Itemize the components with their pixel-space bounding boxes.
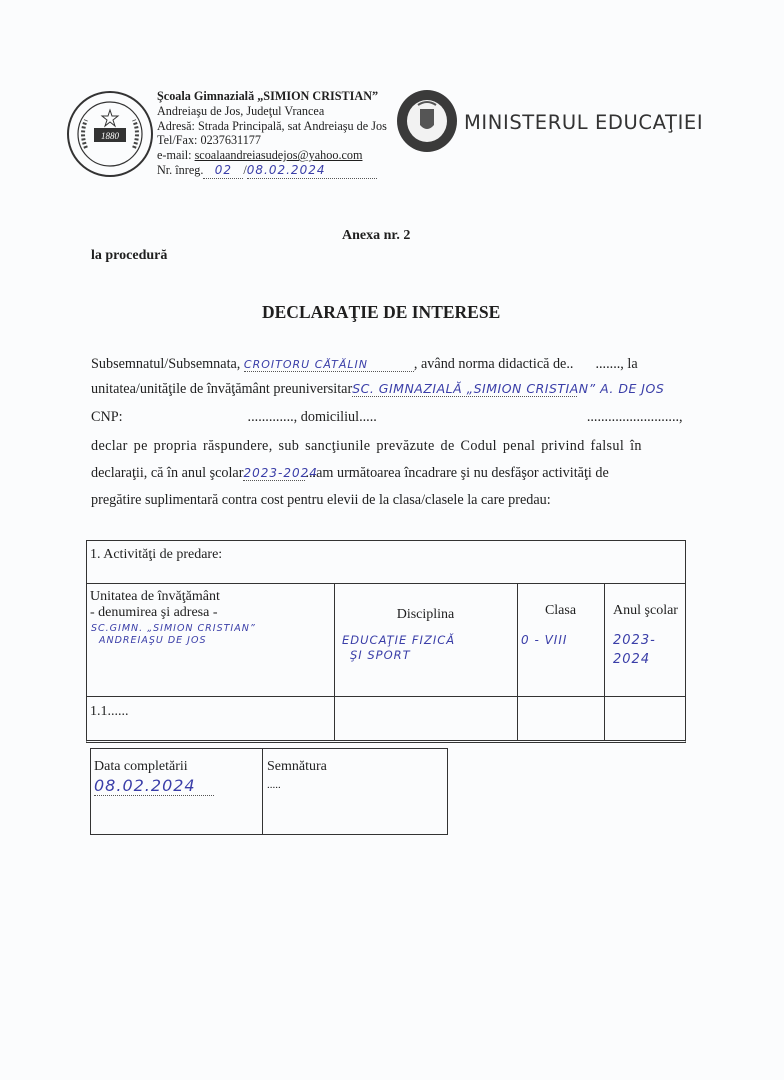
school-seal-logo: 1880 [66, 90, 154, 178]
cnp-label: CNP: [91, 409, 123, 425]
declaration-line-1: declar pe propria răspundere, sub sancţi… [91, 438, 642, 455]
signature-label: Semnătura [267, 759, 327, 775]
declaration-line-2: declaraţii, că în anul şcolar2023-2024..… [91, 465, 609, 482]
document-title: DECLARAŢIE DE INTERESE [262, 302, 500, 323]
teaching-activities-table: 1. Activităţi de predare: Unitatea de în… [86, 540, 686, 743]
ministry-name: MINISTERUL EDUCAŢIEI [464, 111, 703, 134]
registration-number: 02 [203, 163, 243, 179]
registration-label: Nr. înreg. [157, 163, 203, 177]
declarant-name-field[interactable]: CROITORU CĂTĂLIN [244, 358, 414, 372]
col-header-school-year: Anul şcolar [604, 603, 687, 619]
date-signature-box: Data completării 08.02.2024 Semnătura ..… [90, 748, 448, 835]
annex-label: Anexa nr. 2 [342, 228, 410, 244]
section-title: 1. Activităţi de predare: [90, 547, 222, 563]
school-email-link[interactable]: scoalaandreiasudejos@yahoo.com [195, 148, 363, 162]
school-name: Şcoala Gimnazială „SIMION CRISTIAN” [157, 89, 387, 104]
cnp-line: CNP:............., domiciliul...........… [91, 409, 683, 426]
school-address-1: Andreiaşu de Jos, Judeţul Vrancea [157, 104, 387, 119]
col-header-class: Clasa [517, 603, 604, 619]
col-header-discipline: Disciplina [334, 607, 517, 623]
school-unit-line: unitatea/unităţile de învăţământ preuniv… [91, 381, 577, 398]
school-year-field[interactable]: 2023-2024 [243, 466, 305, 481]
col-header-unit: Unitatea de învăţământ - denumirea şi ad… [90, 589, 220, 621]
svg-text:1880: 1880 [101, 131, 120, 141]
row1-class-value[interactable]: 0 - VIII [521, 633, 567, 647]
email-label: e-mail: [157, 148, 195, 162]
row1-discipline-value[interactable]: EDUCAŢIE FIZICĂ ŞI SPORT [342, 633, 455, 663]
date-label: Data completării [94, 759, 188, 775]
school-letterhead: Şcoala Gimnazială „SIMION CRISTIAN” Andr… [157, 89, 387, 179]
signature-field[interactable]: ..... [267, 779, 281, 791]
row1-school-year-value[interactable]: 2023- 2024 [613, 631, 656, 669]
school-address-2: Adresă: Strada Principală, sat Andreiaşu… [157, 119, 387, 134]
row1-unit-value[interactable]: SC.GIMN. „SIMION CRISTIAN” ANDREIAŞU DE … [91, 623, 256, 647]
school-unit-field[interactable]: SC. GIMNAZIALĂ „SIMION CRISTIAN” A. DE J… [352, 381, 577, 397]
completion-date-field[interactable]: 08.02.2024 [94, 776, 214, 796]
school-phone: Tel/Fax: 0237631177 [157, 133, 387, 148]
procedure-label: la procedură [91, 248, 167, 264]
government-seal-logo [396, 89, 458, 153]
row2-label: 1.1...... [90, 704, 129, 720]
registration-date: 08.02.2024 [247, 163, 377, 179]
declarant-line: Subsemnatul/Subsemnata, CROITORU CĂTĂLIN… [91, 356, 638, 373]
declaration-line-3: pregătire suplimentară contra cost pentr… [91, 492, 551, 509]
